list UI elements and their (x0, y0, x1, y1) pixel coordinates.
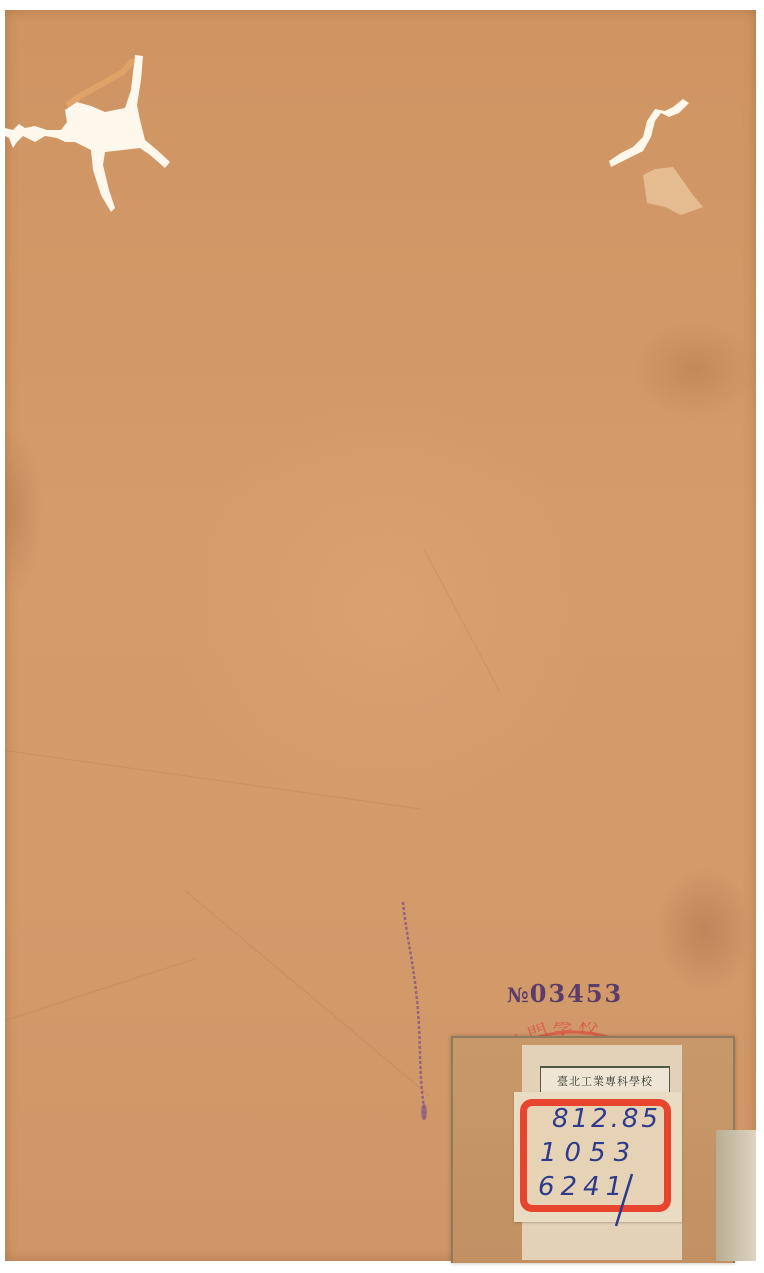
institution-label: 臺北工業專科學校 (540, 1066, 670, 1095)
crease (184, 890, 430, 1096)
serial-number-stamp: №03453 (507, 979, 623, 1008)
crease (424, 550, 500, 692)
paper-damage-top-left (5, 50, 180, 220)
number-sign: № (507, 983, 528, 1007)
call-number-line-1: 812.85 (552, 1106, 661, 1132)
paper-damage-top-right (603, 95, 733, 225)
pen-stroke (610, 1170, 640, 1230)
torn-edge (716, 1130, 756, 1261)
call-number-line-2: 1053 (540, 1140, 638, 1166)
ink-streak (395, 900, 445, 1130)
crease (5, 958, 196, 1021)
serial-number: 03453 (530, 979, 624, 1008)
crease (5, 750, 421, 809)
